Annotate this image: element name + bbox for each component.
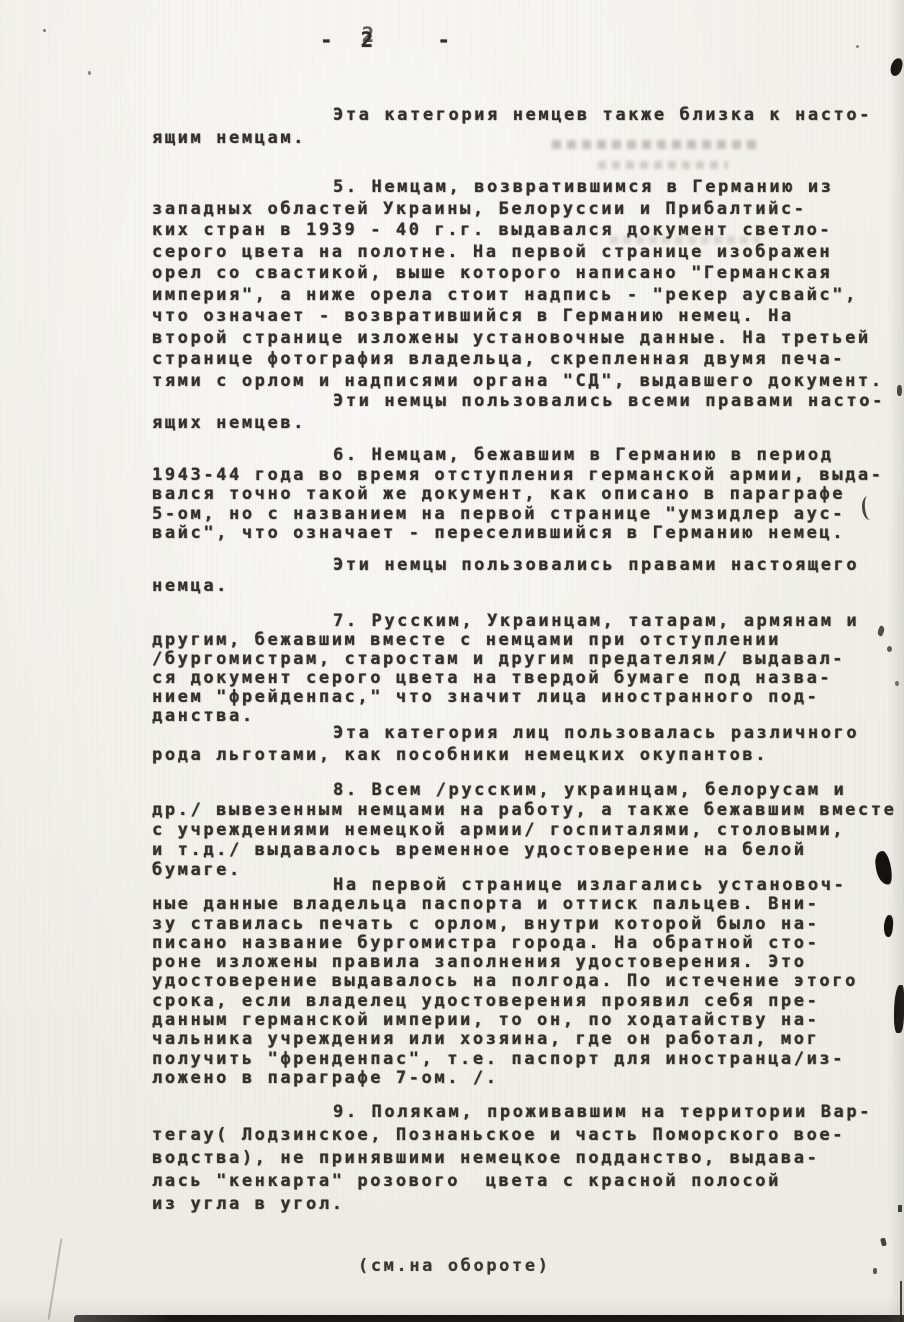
text-line: ложено в параграфе 7-ом. /.: [152, 1069, 904, 1088]
text-line: др./ вывезенным немцами на работу, а так…: [152, 800, 904, 820]
text-line: ся документ серого цвета на твердой бума…: [152, 669, 904, 688]
text-line: с учреждениями немецкой армии/ госпиталя…: [152, 820, 904, 840]
text-line: водства), не принявшими немецкое подданс…: [152, 1147, 904, 1170]
text-line: тегау( Лодзинское, Познаньское и часть П…: [152, 1124, 904, 1147]
text-line: тями с орлом и надписями органа "СД", вы…: [152, 371, 904, 393]
text-line: На первой странице излагались установоч-: [152, 876, 904, 895]
page-number-digit: 2: [361, 28, 374, 52]
text-line: 1943-44 года во время отступления герман…: [152, 466, 904, 486]
text-line: Эти немцы пользовались всеми правами нас…: [152, 390, 904, 412]
text-line: Эти немцы пользовались правами настоящег…: [152, 555, 904, 576]
paragraph-note-7: Эта категория лиц пользовалась различног…: [152, 722, 904, 766]
paragraph-note-5: Эти немцы пользовались всеми правами нас…: [152, 390, 904, 434]
text-line: западных областей Украины, Белоруссии и …: [152, 199, 904, 221]
text-line: получить "френденпас", т.е. паспорт для …: [152, 1050, 904, 1069]
text-line: что означает - возвратившийся в Германию…: [152, 306, 904, 328]
paragraph-item-5: 5. Немцам, возвратившимся в Германию из …: [152, 177, 904, 392]
text-line: серого цвета на полотне. На первой стран…: [152, 242, 904, 264]
text-line: зу ставилась печать с орлом, внутри кото…: [152, 915, 904, 934]
text-line: ких стран в 1939 - 40 г.г. выдавался док…: [152, 220, 904, 242]
scan-speck: [43, 29, 46, 32]
text-line: 5-ом, но с названием на первой странице …: [152, 505, 904, 525]
text-line: ные данные владельца паспорта и оттиск п…: [152, 895, 904, 914]
text-line: и т.д./ выдавалось временное удостоверен…: [152, 840, 904, 860]
text-line: роне изложены правила заполнения удостов…: [152, 953, 904, 972]
text-line: орел со свастикой, выше которого написан…: [152, 263, 904, 285]
page-number-dash-right: -: [437, 28, 450, 52]
text-line: 7. Русским, Украинцам, татарам, армянам …: [152, 612, 904, 631]
edge-shadow: [888, 0, 904, 1322]
text-line: 9. Полякам, проживавшим на территории Ва…: [152, 1101, 904, 1124]
paragraph-item-8-details: На первой странице излагались установоч-…: [152, 876, 904, 1088]
text-line: нием "фрейденпас," что значит лица иност…: [152, 688, 904, 707]
text-line: Эта категория лиц пользовалась различног…: [152, 722, 904, 744]
text-line: лась "кенкарта" розового цвета с красной…: [152, 1170, 904, 1193]
text-line: немца.: [152, 576, 904, 597]
paragraph-item-8: 8. Всем /русским, украинцам, белорусам и…: [152, 780, 904, 880]
page-number: - 2 -: [320, 28, 450, 52]
text-line: данным германской империи, то он, по ход…: [152, 1011, 904, 1030]
text-line: удостоверение выдавалось на полгода. По …: [152, 972, 904, 991]
text-line: империя", а ниже орела стоит надпись - "…: [152, 285, 904, 307]
text-line: второй странице изложены установочные да…: [152, 328, 904, 350]
page-number-dash-left: -: [320, 28, 333, 52]
paragraph-item-9: 9. Полякам, проживавшим на территории Ва…: [152, 1101, 904, 1216]
text-line: 8. Всем /русским, украинцам, белорусам и: [152, 780, 904, 800]
text-line: рода льготами, как пособники немецких ок…: [152, 744, 904, 766]
bleedthrough-mark: [598, 161, 728, 169]
paragraph-intro: Эта категория немцев также близка к наст…: [152, 104, 904, 150]
text-line: писано название бургомистра города. На о…: [152, 934, 904, 953]
text-line: 5. Немцам, возвратившимся в Германию из: [152, 177, 904, 199]
verso-note: (см.на обороте): [358, 1256, 551, 1276]
text-line: ящим немцам.: [152, 127, 904, 150]
scan-speck: [88, 71, 91, 75]
scan-speck: [880, 1237, 887, 1246]
paragraph-item-6: 6. Немцам, бежавшим в Германию в период …: [152, 446, 904, 544]
text-line: срока, если владелец удостоверения прояв…: [152, 992, 904, 1011]
scan-speck: [856, 45, 859, 48]
text-line: чальника учреждения или хозяина, где он …: [152, 1030, 904, 1049]
paragraph-item-7: 7. Русским, Украинцам, татарам, армянам …: [152, 612, 904, 726]
text-line: вался точно такой же документ, как описа…: [152, 485, 904, 505]
scanned-document-page: - 2 - Эта категория немцев также близка …: [0, 0, 904, 1322]
edge-shadow: [0, 1296, 904, 1322]
paragraph-note-6: Эти немцы пользовались правами настоящег…: [152, 555, 904, 597]
text-line: вайс", что означает - переселившийся в Г…: [152, 524, 904, 544]
text-line: ящих немцев.: [152, 412, 904, 434]
text-line: /бургомистрам, старостам и другим предат…: [152, 650, 904, 669]
text-line: из угла в угол.: [152, 1193, 904, 1216]
text-line: странице фотография владельца, скрепленн…: [152, 349, 904, 371]
text-line: другим, бежавшим вместе с немцами при от…: [152, 631, 904, 650]
scan-speck: [873, 1268, 877, 1274]
text-line: Эта категория немцев также близка к наст…: [152, 104, 904, 127]
text-line: 6. Немцам, бежавшим в Германию в период: [152, 446, 904, 466]
